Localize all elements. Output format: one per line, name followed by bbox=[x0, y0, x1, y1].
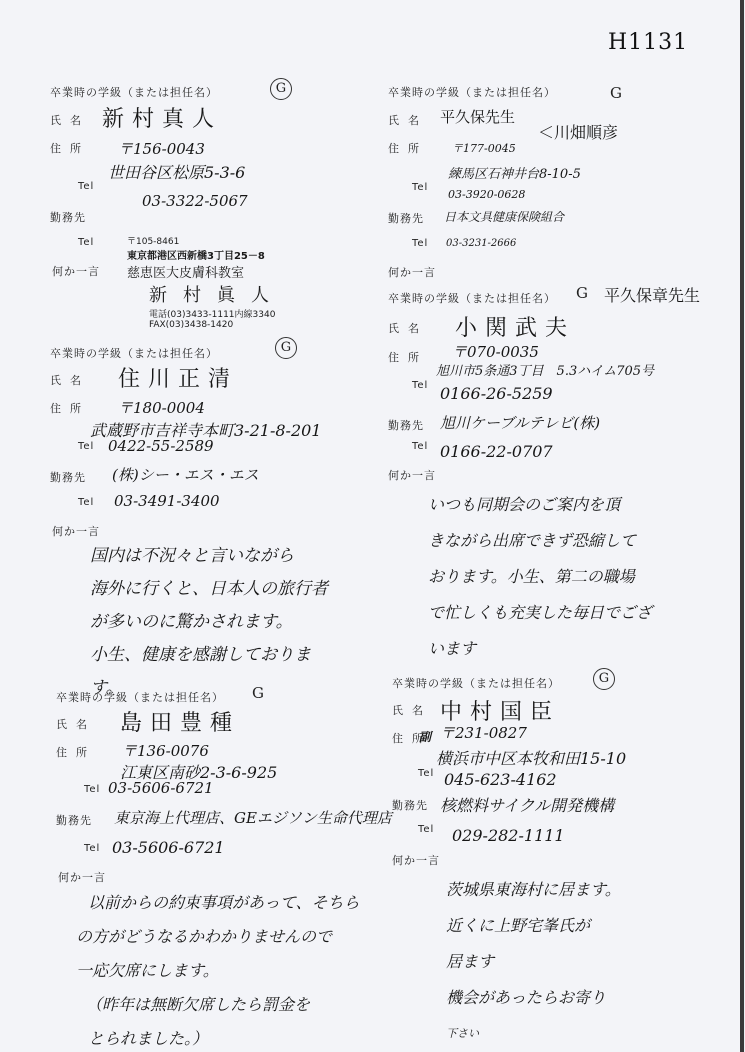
name-label: 氏名 bbox=[50, 112, 90, 128]
class-mark-circled: G bbox=[270, 78, 292, 100]
address-value: 旭川市5条通3丁目 5.3ハイム705号 bbox=[436, 360, 654, 379]
address-label: 住所 bbox=[388, 140, 428, 156]
workplace-value: 東京海上代理店、GEエジソン生命代理店 bbox=[114, 807, 392, 828]
name-label: 氏名 bbox=[392, 702, 432, 718]
comment-label: 何か一言 bbox=[388, 264, 436, 280]
class-mark-circled: G bbox=[593, 668, 615, 690]
address-label: 住所 bbox=[50, 400, 90, 416]
name-value: 平久保先生 bbox=[440, 106, 515, 127]
work-tel-value: 03-3231-2666 bbox=[446, 238, 516, 249]
work-tel-label: Tel bbox=[78, 497, 94, 508]
name-label: 氏名 bbox=[388, 112, 428, 128]
address-label: 住所 bbox=[50, 140, 90, 156]
comment-label: 何か一言 bbox=[52, 263, 100, 279]
address-prefix: 副 bbox=[419, 728, 431, 745]
postal-value: 〒156-0043 bbox=[118, 138, 205, 159]
class-mark-circled: G bbox=[275, 337, 297, 359]
tel-label: Tel bbox=[78, 181, 94, 192]
name-label: 氏名 bbox=[56, 716, 96, 732]
work-tel-value: 029-282-1111 bbox=[452, 826, 565, 845]
tel-value: 045-623-4162 bbox=[444, 770, 557, 789]
name-note: ＜川畑順彦 bbox=[538, 120, 618, 143]
workplace-label: 勤務先 bbox=[50, 469, 86, 485]
workplace-value: 核燃料サイクル開発機構 bbox=[440, 793, 614, 816]
work-tel-value: 03-3491-3400 bbox=[114, 492, 220, 510]
comment-label: 何か一言 bbox=[58, 869, 106, 885]
address-value: 世田谷区松原5-3-6 bbox=[108, 160, 245, 183]
address-value: 横浜市中区本牧和田15-10 bbox=[436, 746, 626, 769]
comment-label: 何か一言 bbox=[388, 467, 436, 483]
class-label: 卒業時の学級（または担任名） bbox=[50, 345, 218, 361]
tel-value: 03-5606-6721 bbox=[108, 779, 214, 797]
stamp-phone: 電話(03)3433-1111内線3340 bbox=[127, 307, 285, 320]
postal-value: 〒231-0827 bbox=[440, 722, 527, 743]
tel-label: Tel bbox=[84, 784, 100, 795]
workplace-label: 勤務先 bbox=[388, 417, 424, 433]
business-card-stamp: 〒105-8461 東京都港区西新橋3丁目25－8 慈恵医大皮膚科教室 新村眞人… bbox=[127, 234, 285, 330]
workplace-label: 勤務先 bbox=[388, 210, 424, 226]
postal-value: 〒180-0004 bbox=[118, 397, 205, 418]
workplace-value: 日本文具健康保険組合 bbox=[444, 208, 564, 225]
class-mark: G bbox=[252, 684, 264, 702]
class-label: 卒業時の学級（または担任名） bbox=[50, 84, 218, 100]
tel-value: 03-3920-0628 bbox=[448, 188, 525, 201]
workplace-label: 勤務先 bbox=[392, 797, 428, 813]
work-tel-label: Tel bbox=[418, 824, 434, 835]
comment-label: 何か一言 bbox=[392, 852, 440, 868]
tel-value: 0166-26-5259 bbox=[440, 384, 553, 403]
comment-text: 国内は不況々と言いながら 海外に行くと、日本人の旅行者 が多いのに驚かされます。… bbox=[90, 540, 328, 705]
name-label: 氏名 bbox=[50, 372, 90, 388]
tel-label: Tel bbox=[78, 441, 94, 452]
class-label: 卒業時の学級（または担任名） bbox=[388, 290, 556, 306]
work-tel-value: 03-5606-6721 bbox=[112, 838, 225, 857]
postal-value: 〒136-0076 bbox=[122, 740, 209, 761]
comment-text: いつも同期会のご案内を頂 きながら出席できず恐縮して おります。小生、第二の職場… bbox=[428, 487, 652, 667]
tel-label: Tel bbox=[412, 380, 428, 391]
class-label: 卒業時の学級（または担任名） bbox=[56, 689, 224, 705]
stamp-name: 新村眞人 bbox=[127, 281, 285, 307]
work-tel-value: 0166-22-0707 bbox=[440, 442, 553, 461]
name-value: 島田豊種 bbox=[120, 706, 240, 737]
postal-value: 〒177-0045 bbox=[452, 140, 516, 156]
workplace-label: 勤務先 bbox=[56, 812, 92, 828]
address-value: 練馬区石神井台8-10-5 bbox=[448, 163, 581, 182]
stamp-fax: FAX(03)3438-1420 bbox=[127, 320, 285, 330]
stamp-postal: 〒105-8461 bbox=[127, 234, 285, 247]
name-value: 住川正清 bbox=[118, 362, 238, 393]
address-label: 住所 bbox=[56, 744, 96, 760]
workplace-value: (株)シー・エス・エス bbox=[112, 464, 259, 485]
stamp-address: 東京都港区西新橋3丁目25－8 bbox=[127, 247, 285, 262]
work-tel-label: Tel bbox=[412, 441, 428, 452]
comment-label: 何か一言 bbox=[52, 523, 100, 539]
name-label: 氏名 bbox=[388, 320, 428, 336]
stamp-dept: 慈恵医大皮膚科教室 bbox=[127, 262, 285, 281]
document-id: H1131 bbox=[608, 30, 688, 55]
class-label: 卒業時の学級（または担任名） bbox=[388, 84, 556, 100]
tel-label: Tel bbox=[418, 768, 434, 779]
work-tel-label: Tel bbox=[78, 237, 94, 248]
class-label: 卒業時の学級（または担任名） bbox=[392, 675, 560, 691]
address-label: 住所 bbox=[388, 349, 428, 365]
class-note: 平久保章先生 bbox=[604, 283, 700, 306]
workplace-value: 旭川ケーブルテレビ(株) bbox=[440, 412, 600, 433]
tel-value: 0422-55-2589 bbox=[108, 437, 214, 455]
form-page: H1131 卒業時の学級（または担任名） G 氏名 新村真人 住所 〒156-0… bbox=[0, 0, 744, 1052]
work-tel-label: Tel bbox=[412, 238, 428, 249]
postal-value: 〒070-0035 bbox=[452, 341, 539, 362]
name-value: 小関武夫 bbox=[455, 311, 575, 342]
class-mark: G bbox=[576, 284, 588, 302]
workplace-label: 勤務先 bbox=[50, 209, 86, 225]
comment-text: 茨城県東海村に居ます。 近くに上野宅峯氏が 居ます 機会があったらお寄り 下さい bbox=[446, 872, 621, 1052]
tel-value: 03-3322-5067 bbox=[142, 192, 248, 210]
name-value: 新村真人 bbox=[102, 102, 222, 133]
class-mark: G bbox=[610, 84, 622, 102]
comment-text: 以前からの約束事項があって、そちら の方がどうなるかわかりませんので 一応欠席に… bbox=[76, 886, 360, 1052]
tel-label: Tel bbox=[412, 182, 428, 193]
work-tel-label: Tel bbox=[84, 843, 100, 854]
